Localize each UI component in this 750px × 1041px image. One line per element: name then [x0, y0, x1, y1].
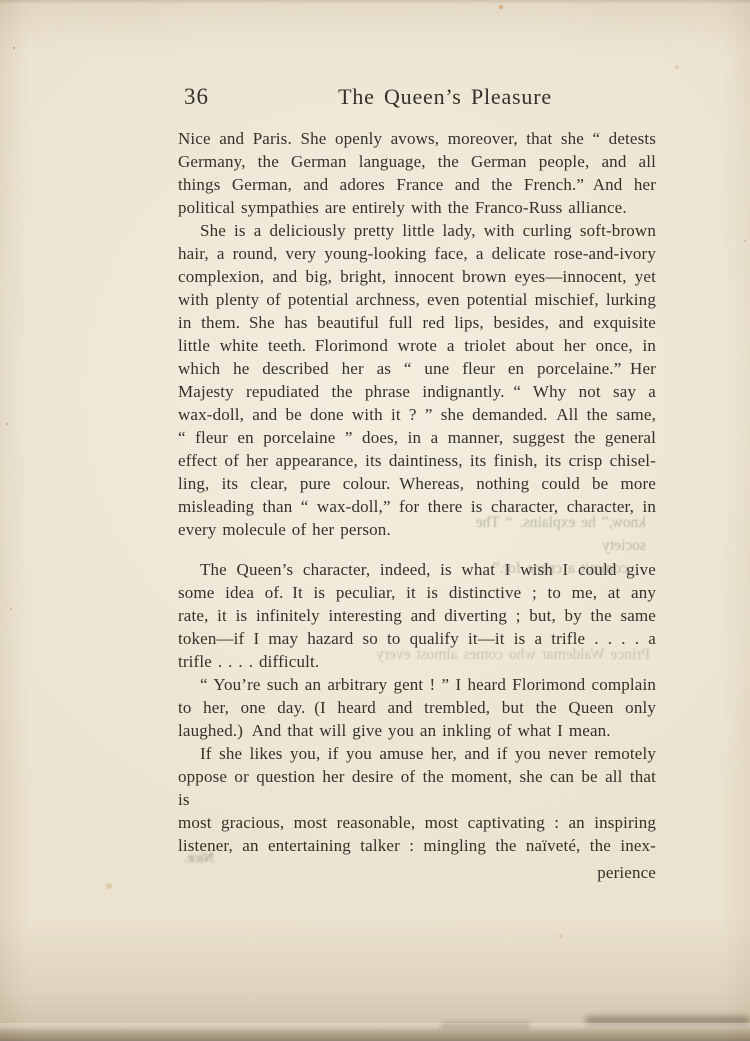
text-line: She is a deliciously pretty little lady,… [178, 219, 656, 242]
text-line: Majesty repudiated the phrase indignantl… [178, 380, 656, 403]
text-line: every molecule of her person. [178, 518, 656, 541]
text-line: in them. She has beautiful full red lips… [178, 311, 656, 334]
text-line: “ You’re such an arbitrary gent ! ” I he… [178, 673, 656, 696]
text-line: complexion, and big, bright, innocent br… [178, 265, 656, 288]
paragraph: She is a deliciously pretty little lady,… [178, 219, 656, 541]
text-line: most gracious, most reasonable, most cap… [178, 811, 656, 834]
text-line: If she likes you, if you amuse her, and … [178, 742, 656, 765]
text-line: The Queen’s character, indeed, is what I… [178, 558, 656, 581]
text-line: to her, one day. (I heard and trembled, … [178, 696, 656, 719]
paragraph: If she likes you, if you amuse her, and … [178, 742, 656, 857]
text-line: trifle . . . . difficult. [178, 650, 656, 673]
page-top-edge [0, 0, 750, 4]
section-break [178, 541, 656, 558]
text-line: effect of her appearance, its daintiness… [178, 449, 656, 472]
text-line: listener, an entertaining talker : mingl… [178, 834, 656, 857]
text-line: “ fleur en porcelaine ” does, in a manne… [178, 426, 656, 449]
book-page-scan: 36 The Queen’s Pleasure know,” he explai… [0, 0, 750, 1041]
running-title: The Queen’s Pleasure [206, 84, 684, 110]
text-line: wax-doll, and be done with it ? ” she de… [178, 403, 656, 426]
text-line: some idea of. It is peculiar, it is dist… [178, 581, 656, 604]
text-block: Nice and Paris. She openly avows, moreov… [178, 127, 656, 884]
text-line: ling, its clear, pure colour. Whereas, n… [178, 472, 656, 495]
paragraph: Nice and Paris. She openly avows, moreov… [178, 127, 656, 219]
text-line: Nice and Paris. She openly avows, moreov… [178, 127, 656, 150]
page-bottom-edge [0, 1023, 750, 1041]
text-line: rate, it is infinitely interesting and d… [178, 604, 656, 627]
text-line: laughed.) And that will give you an inkl… [178, 719, 656, 742]
catchword: perience [178, 861, 656, 884]
paragraph: “ You’re such an arbitrary gent ! ” I he… [178, 673, 656, 742]
text-line: with plenty of potential archness, even … [178, 288, 656, 311]
text-line: hair, a round, very young-looking face, … [178, 242, 656, 265]
text-line: political sympathies are entirely with t… [178, 196, 656, 219]
text-line: misleading than “ wax-doll,” for there i… [178, 495, 656, 518]
text-line: little white teeth. Florimond wrote a tr… [178, 334, 656, 357]
text-line: which he described her as “ une fleur en… [178, 357, 656, 380]
text-line: token—if I may hazard so to qualify it—i… [178, 627, 656, 650]
text-line: things German, and adores France and the… [178, 173, 656, 196]
text-line: Germany, the German language, the German… [178, 150, 656, 173]
paragraph: The Queen’s character, indeed, is what I… [178, 558, 656, 673]
text-line: oppose or question her desire of the mom… [178, 765, 656, 811]
